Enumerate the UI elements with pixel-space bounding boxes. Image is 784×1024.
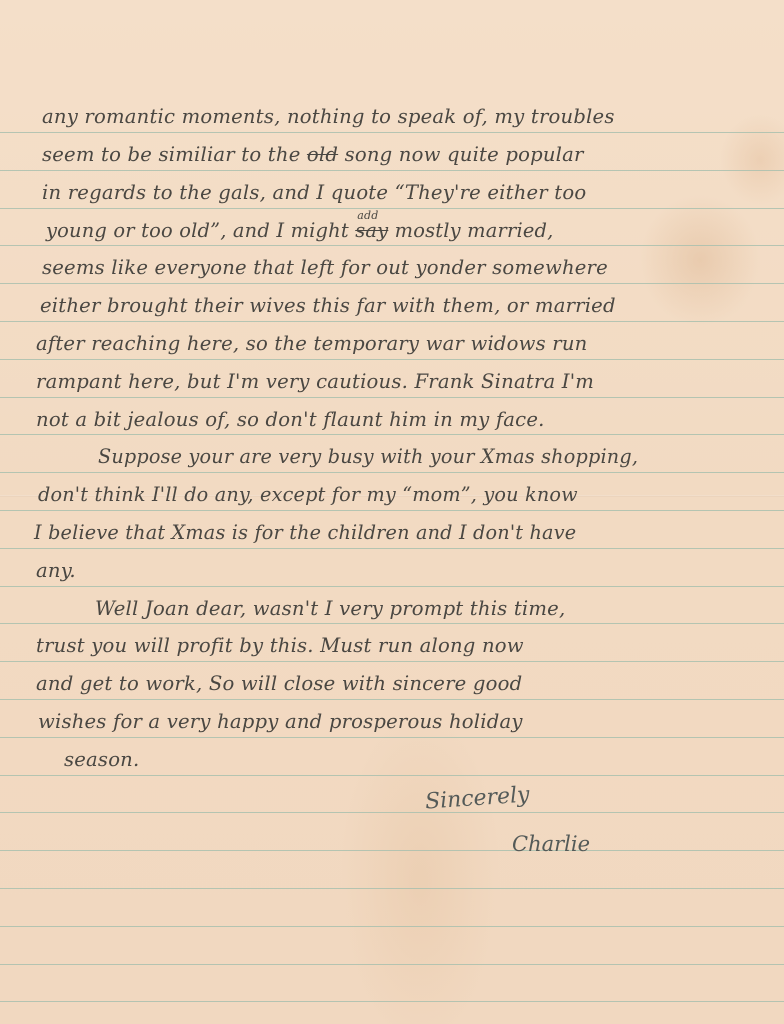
inserted-word: add: [357, 209, 378, 222]
line-text: seem to be similiar to the old song now …: [42, 143, 584, 166]
letter-line: season.: [0, 737, 784, 775]
closing-text: Sincerely: [424, 782, 530, 814]
line-text: Suppose your are very busy with your Xma…: [98, 445, 638, 468]
rule-line: [0, 964, 784, 965]
line-text: season.: [64, 748, 139, 771]
struck-word: old: [307, 143, 338, 166]
line-text: trust you will profit by this. Must run …: [36, 634, 524, 657]
line-text: not a bit jealous of, so don't flaunt hi…: [36, 408, 545, 431]
line-text: seems like everyone that left for out yo…: [42, 256, 608, 279]
letter-line: seem to be similiar to the old song now …: [0, 132, 784, 170]
letter-line: I believe that Xmas is for the children …: [0, 510, 784, 548]
line-text: either brought their wives this far with…: [40, 294, 616, 317]
letter-line: Well Joan dear, wasn't I very prompt thi…: [0, 586, 784, 624]
line-text: and get to work, So will close with sinc…: [36, 672, 522, 695]
rule-line: [0, 850, 784, 851]
letter-line: don't think I'll do any, except for my “…: [0, 472, 784, 510]
line-text: rampant here, but I'm very cautious. Fra…: [36, 370, 594, 393]
rule-line: [0, 888, 784, 889]
letter-line: after reaching here, so the temporary wa…: [0, 321, 784, 359]
letter-line: wishes for a very happy and prosperous h…: [0, 699, 784, 737]
signature: Charlie: [512, 832, 590, 856]
rule-line: [0, 926, 784, 927]
letter-page: any romantic moments, nothing to speak o…: [0, 0, 784, 1024]
line-text: wishes for a very happy and prosperous h…: [38, 710, 523, 733]
line-text: I believe that Xmas is for the children …: [34, 521, 576, 544]
line-text: any romantic moments, nothing to speak o…: [42, 105, 615, 128]
letter-line: any.: [0, 548, 784, 586]
letter-line: Suppose your are very busy with your Xma…: [0, 434, 784, 472]
letter-line: seems like everyone that left for out yo…: [0, 245, 784, 283]
struck-word: say: [355, 219, 388, 242]
letter-line: young or too old”, and I might sayadd mo…: [0, 208, 784, 246]
line-text: Well Joan dear, wasn't I very prompt thi…: [95, 597, 565, 620]
line-text: after reaching here, so the temporary wa…: [36, 332, 588, 355]
letter-line: any romantic moments, nothing to speak o…: [0, 94, 784, 132]
letter-line: trust you will profit by this. Must run …: [0, 623, 784, 661]
letter-line: either brought their wives this far with…: [0, 283, 784, 321]
line-text: young or too old”, and I might sayadd mo…: [46, 219, 554, 242]
line-text: don't think I'll do any, except for my “…: [38, 483, 578, 506]
letter-line: not a bit jealous of, so don't flaunt hi…: [0, 397, 784, 435]
letter-line: in regards to the gals, and I quote “The…: [0, 170, 784, 208]
line-text: any.: [36, 559, 76, 582]
line-text: in regards to the gals, and I quote “The…: [42, 181, 586, 204]
letter-line: rampant here, but I'm very cautious. Fra…: [0, 359, 784, 397]
letter-line: and get to work, So will close with sinc…: [0, 661, 784, 699]
rule-line: [0, 1001, 784, 1002]
rule-line: [0, 812, 784, 813]
